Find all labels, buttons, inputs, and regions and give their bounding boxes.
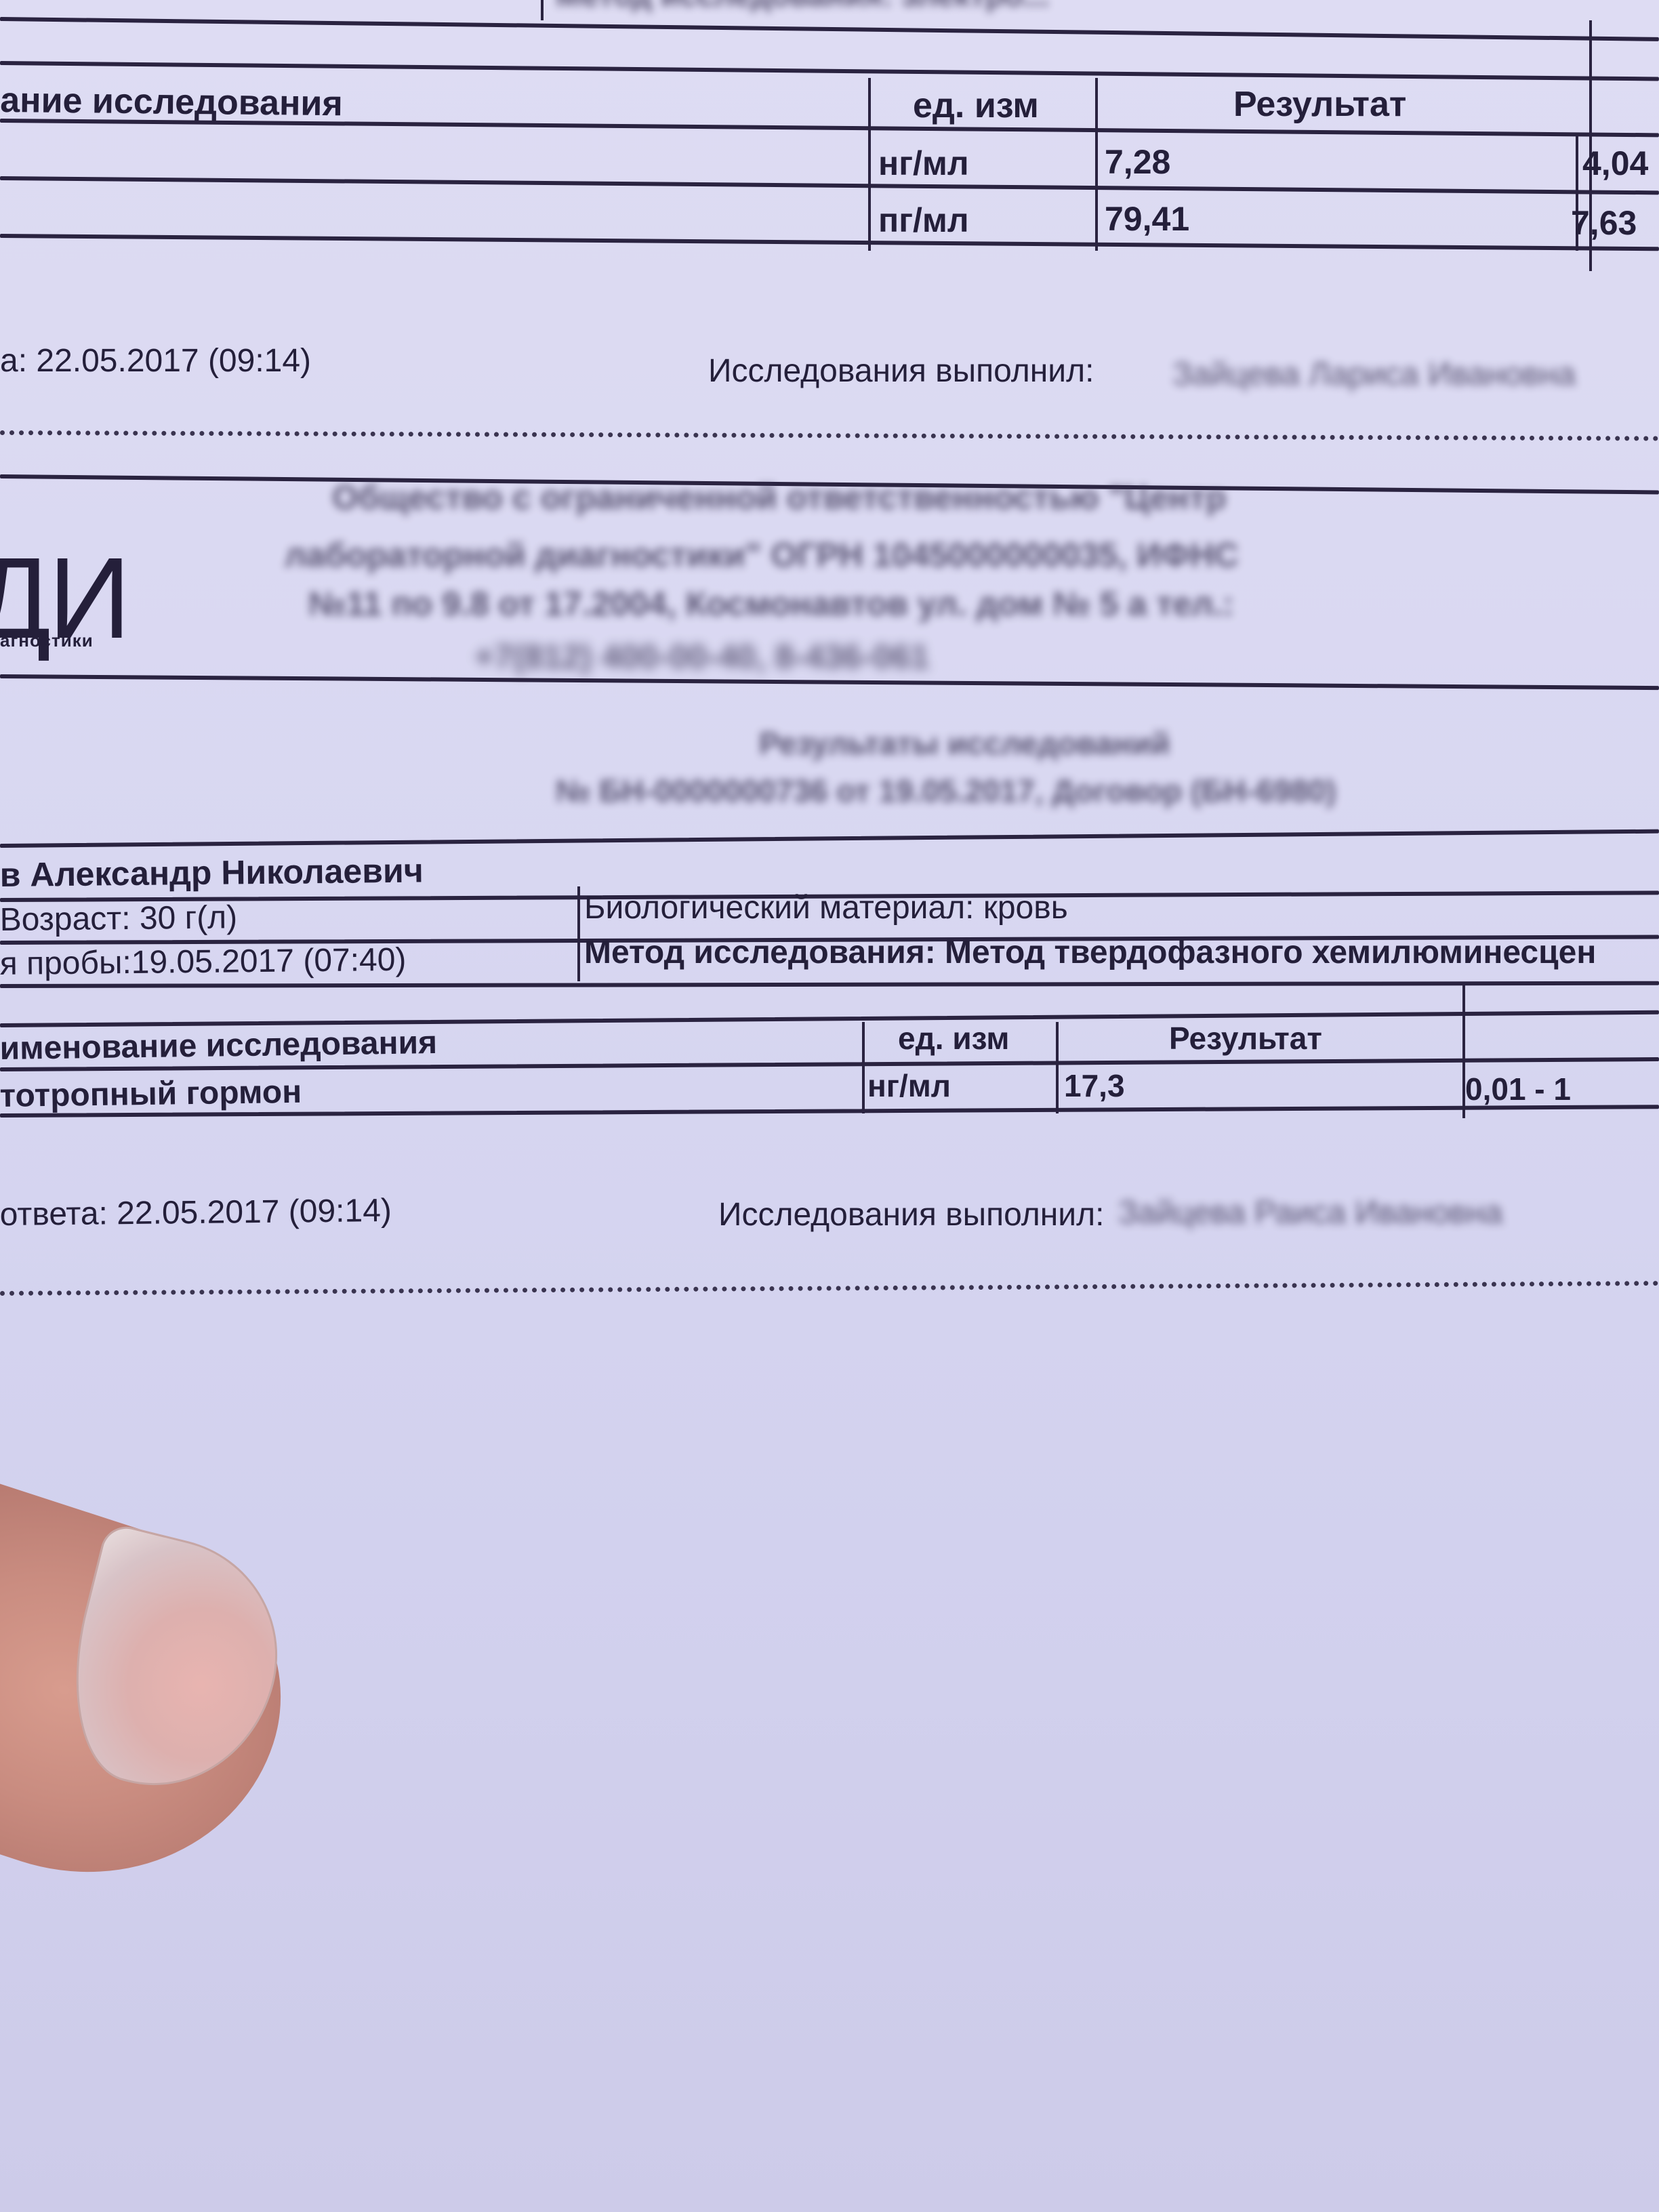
performed-by-label: Исследования выполнил: — [718, 1196, 1104, 1233]
column-header-unit: ед. изм — [898, 1020, 1009, 1057]
table-border — [0, 119, 1659, 137]
table-border — [0, 829, 1659, 848]
column-header-result: Результат — [1169, 1020, 1322, 1057]
report-title-redacted: Результаты исследований — [759, 725, 1170, 762]
row-reference: 7,63 — [1571, 203, 1637, 243]
patient-name: в Александр Николаевич — [0, 851, 424, 895]
header-border — [0, 674, 1659, 690]
patient-age: Возраст: 30 г(л) — [0, 899, 237, 939]
column-header-unit: ед. изм — [913, 85, 1039, 126]
column-header-result: Результат — [1233, 84, 1406, 125]
row-unit: пг/мл — [878, 201, 969, 240]
row-unit: нг/мл — [867, 1067, 951, 1104]
sample-date: я пробы:19.05.2017 (07:40) — [0, 941, 407, 983]
bio-material: Биологический материал: кровь — [584, 889, 1068, 926]
separator-dotted — [0, 430, 1659, 441]
research-method: Метод исследования: Метод твердофазного … — [584, 934, 1596, 971]
table-border — [0, 176, 1659, 194]
performed-by-name-redacted: Зайцева Лариса Ивановна — [1172, 356, 1576, 393]
table-border — [0, 17, 1659, 41]
row-name: тотропный гормон — [0, 1073, 302, 1115]
row-reference: 4,04 — [1582, 144, 1648, 183]
row-result: 7,28 — [1105, 142, 1170, 182]
table-border — [0, 234, 1659, 251]
row-result: 79,41 — [1105, 199, 1189, 239]
separator-dotted — [0, 1281, 1659, 1296]
performed-by-label: Исследования выполнил: — [708, 352, 1094, 390]
table-border — [0, 1010, 1659, 1027]
lab-header-line-2: лабораторной диагностики" ОГРН 104500000… — [285, 535, 1239, 575]
table-divider — [1056, 1022, 1059, 1113]
table-divider — [1095, 78, 1098, 251]
row-reference: 0,01 - 1 — [1465, 1071, 1571, 1107]
performed-by-name-redacted: Зайцева Раиса Ивановна — [1118, 1194, 1502, 1231]
column-header-name: ание исследования — [0, 80, 343, 124]
top-strip-method: Метод исследования: электро... — [556, 0, 1049, 14]
table-divider — [577, 886, 580, 981]
table-divider — [541, 0, 544, 20]
answer-date: а: 22.05.2017 (09:14) — [0, 342, 311, 380]
row-unit: нг/мл — [878, 144, 969, 183]
table-border — [0, 61, 1659, 81]
lab-header-line-4: +7(812) 400-00-40, 8-436-061 — [474, 637, 929, 676]
row-result: 17,3 — [1064, 1067, 1125, 1104]
lab-header-line-1: Общество с ограниченной ответственностью… — [332, 478, 1226, 517]
logo-subtitle: агностики — [0, 630, 94, 651]
column-header-name: именование исследования — [0, 1024, 437, 1067]
table-divider — [868, 78, 871, 251]
lab-header-line-3: №11 по 9.8 от 17.2004, Космонавтов ул. д… — [308, 584, 1234, 623]
report-number-redacted: № БН-0000000736 от 19.05.2017, Договор (… — [556, 773, 1336, 809]
table-border — [0, 981, 1659, 988]
answer-date: ответа: 22.05.2017 (09:14) — [0, 1192, 392, 1233]
table-divider — [862, 1022, 865, 1113]
